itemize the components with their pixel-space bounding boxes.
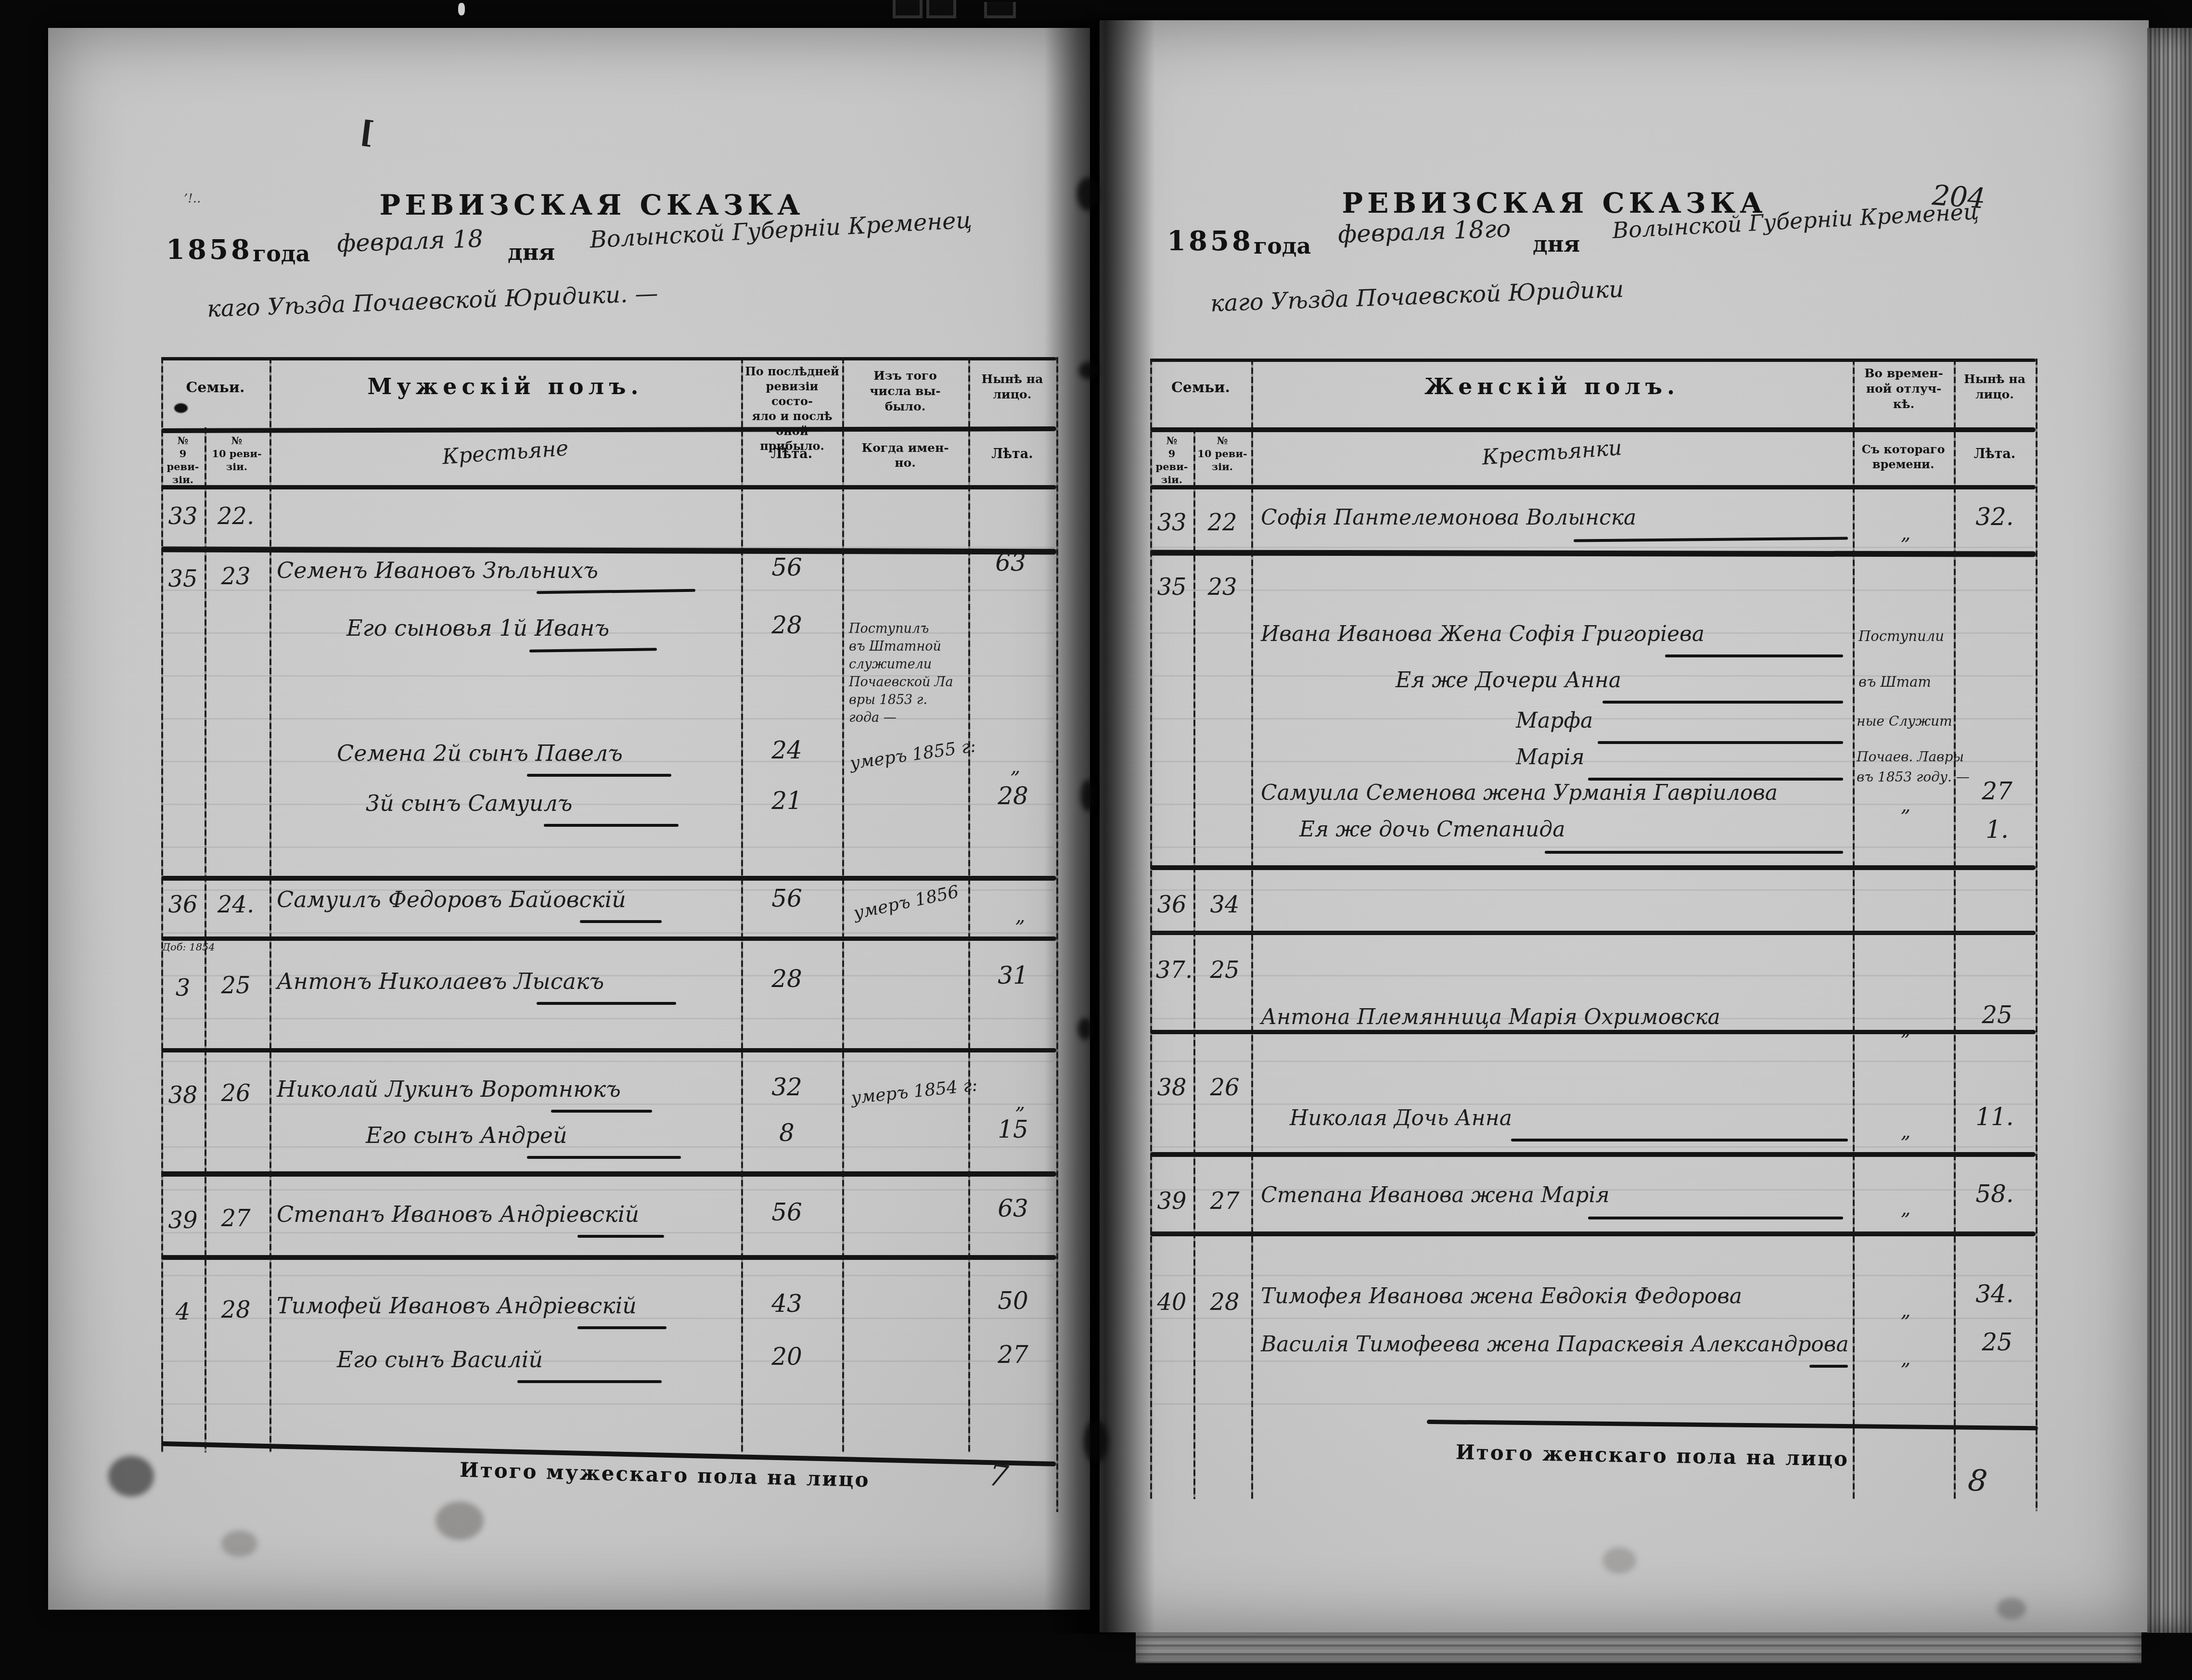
header-rev10: № 10 реви- зіи. [1194,434,1250,473]
cell-age-now: 28 [979,782,1047,810]
cell-rev10: 27 [209,1205,262,1232]
smudge [1602,1547,1636,1574]
header-rev9: № 9 реви- зіи. [162,434,204,486]
stamp-smudge [436,1501,484,1540]
column-rule [2036,359,2038,1511]
cell-age: 1. [1968,816,2026,844]
cell-age: 34. [1963,1280,2026,1308]
cell-age-last: 56 [756,553,818,581]
header-years: Лѣта. [741,447,842,462]
ink-underline [1511,1139,1848,1141]
ink-underline [580,920,662,923]
header-now: Нынѣ на лицо. [970,372,1054,402]
header-when: Когда имен- но. [843,440,967,470]
cell-rev10: 22 [1198,509,1246,536]
cell-age: 25 [1966,1001,2028,1029]
cell-rev9: 36 [164,891,202,918]
book-gutter-shadow [1044,19,1155,1634]
cell-rev10: 25 [209,972,262,999]
ink-underline [1809,1365,1848,1368]
header-last-revision: По послѣдней ревизіи состо- яло и послѣ … [745,364,839,453]
cell-age: 25 [1966,1328,2028,1356]
left-date-year-word: года [253,241,310,267]
cell-name: Степанъ Ивановъ Андріевскій [277,1201,639,1227]
ink-blot [174,403,188,413]
header-rev10: № 10 реви- зіи. [205,434,268,473]
cell-name: Ивана Иванова Жена Софія Григоріева [1261,622,1705,646]
header-absence: Во времен- ной отлуч- кѣ. [1856,366,1952,412]
header-female: Женскій полъ. [1251,373,1853,399]
cell-rev10: 22. [209,503,262,530]
ink-underline [577,1326,667,1329]
cell-rev9: 36 [1153,891,1191,918]
cell-rev9: 35 [164,565,202,592]
ink-underline [537,1002,676,1005]
header-family: Семьи. [161,379,269,396]
ink-smudge [108,1456,154,1497]
cell-name: 3й сынъ Самуилъ [366,790,572,816]
cell-age-last: 56 [756,885,818,912]
cell-age-last: 21 [756,787,818,815]
cell-age-now: „ [1006,1091,1035,1114]
ink-underline [1545,851,1843,854]
left-page-title: РЕВИЗСКАЯ СКАЗКА [337,189,847,221]
cell-name: Ея же Дочери Анна [1396,668,1621,693]
top-clip-mark [984,2,1016,18]
cell-name: Семенъ Ивановъ Зѣльнихъ [277,557,598,583]
cell-age-now: 27 [982,1341,1044,1369]
cell-absence: въ Штат [1859,674,1931,690]
cell-rev9: 35 [1153,574,1191,601]
cell-absence: „ [1891,1018,1920,1040]
cell-absence: „ [1891,1197,1920,1219]
cell-rev9: 33 [164,503,202,530]
ink-underline [527,774,671,777]
cell-age: 11. [1963,1103,2026,1131]
column-rule [1150,359,1152,1499]
ink-underline [1665,654,1843,657]
cell-name: Марфа [1516,708,1593,733]
cell-absence: Почаев. Лавры въ 1853 году. — [1857,747,1970,787]
table-rule [1150,427,2036,432]
cell-age-now: 63 [979,1194,1047,1222]
smudge [1997,1598,2026,1619]
book-fore-edge [2147,28,2192,1633]
cell-absence: „ [1891,1120,1920,1142]
cell-age-last: 8 [760,1119,813,1147]
right-date-year: 1858 [1167,225,1254,257]
left-date-year: 1858 [166,234,253,266]
smudge [221,1530,257,1557]
cell-age-now: 31 [979,962,1047,989]
ink-underline [544,824,679,827]
table-rule [161,485,1056,489]
ink-underline [1602,701,1843,704]
cell-name: Его сынъ Андрей [366,1122,567,1148]
cell-name: Степана Иванова жена Марія [1261,1183,1610,1207]
top-clip-mark [893,0,923,18]
cell-age-now: „ [1001,756,1030,778]
header-since: Съ котораго времени. [1854,442,1953,472]
cell-rev9: 40 [1153,1289,1191,1316]
book-photo: ’!.. [ РЕВИЗСКАЯ СКАЗКА 1858 года феврал… [0,0,2192,1680]
ink-underline [527,1156,681,1159]
cell-age-last: 24 [756,736,818,764]
cell-age-now: 50 [979,1287,1047,1315]
cell-name: Ея же дочь Степанида [1299,817,1565,842]
cell-when-note: Поступилъ въ Штатной служители Почаевско… [849,620,969,727]
cell-rev10: 26 [1201,1074,1249,1101]
cell-name: Василія Тимофеева жена Параскевія Алекса… [1261,1332,1849,1357]
cell-rev10: 23 [209,563,262,590]
cell-age-last: 43 [756,1290,818,1318]
cell-name: Семена 2й сынъ Павелъ [337,740,623,766]
cell-name: Самуилъ Федоровъ Байовскій [277,886,626,912]
cell-age-now: 63 [977,549,1044,577]
added-note: Доб: 1854 [162,941,215,953]
header-rev9: № 9 реви- зіи. [1151,434,1192,486]
cell-rev10: 27 [1201,1188,1249,1215]
table-rule [1150,485,2036,489]
cell-age-last: 32 [756,1073,818,1101]
cell-absence: „ [1891,522,1920,544]
header-years2: Лѣта. [968,447,1056,462]
cell-name: Софія Пантелемонова Волынска [1261,505,1636,530]
table-border [1150,359,2036,362]
left-date-day-word: дня [508,239,555,265]
header-years: Лѣта. [1956,447,2034,462]
gutter-blob [1078,1018,1092,1040]
top-clip-mark [926,0,956,18]
cell-rev10: 26 [209,1080,262,1107]
cell-name: Марія [1516,745,1585,769]
cell-rev10: 23 [1198,574,1246,601]
ink-underline [1588,1217,1843,1219]
cell-name: Тимофей Ивановъ Андріевскій [277,1293,637,1319]
cell-absence: „ [1891,1299,1920,1321]
column-rule [1056,357,1058,1512]
cell-rev9: 3 [164,975,202,1001]
cell-age-last: 28 [756,965,818,993]
right-footer-total: 8 [1966,1462,1989,1499]
cell-name: Николай Лукинъ Воротнюкъ [277,1076,621,1102]
cell-age-now: 15 [982,1116,1044,1143]
column-rule [161,357,163,1452]
cell-rev9: 4 [166,1298,200,1325]
cell-name: Антонъ Николаевъ Лысакъ [277,968,604,994]
bottom-page-stack [1136,1632,2141,1663]
cell-rev10: 34 [1201,891,1249,918]
cell-rev10: 28 [1201,1289,1249,1316]
cell-rev9: 37. [1153,957,1196,984]
cell-age-last: 20 [756,1343,818,1371]
cell-age-last: 56 [756,1198,818,1226]
cell-age-now: „ [1006,905,1035,927]
cell-rev9: 38 [1153,1074,1191,1101]
cell-rev10: 24. [209,891,262,918]
cell-rev10: 28 [209,1296,262,1323]
cell-absence: ные Служит. [1857,713,1957,729]
cell-age: 58. [1963,1180,2026,1208]
gutter-blob [1077,177,1099,211]
left-date-month-day: февраля 18 [336,225,484,258]
gutter-blob [1084,1420,1108,1463]
ink-underline [517,1380,662,1383]
cell-name: Его сыновья 1й Иванъ [346,615,609,641]
cell-rev9: 39 [164,1207,202,1234]
cell-absence: „ [1891,1347,1920,1370]
margin-scribble: ’!.. [184,192,201,206]
cell-name: Его сынъ Василій [337,1347,543,1372]
cell-age-last: 28 [756,611,818,639]
cell-age: 27 [1966,777,2028,805]
right-date-day-word: дня [1533,231,1580,257]
cell-absence: Поступили [1859,628,1944,644]
cell-age: 32. [1963,503,2026,531]
cell-rev9: 39 [1153,1188,1191,1215]
gutter-blob [1081,780,1095,811]
right-date-year-word: года [1254,233,1311,259]
cell-name: Николая Дочь Анна [1290,1106,1512,1130]
header-family: Семьи. [1151,379,1250,396]
ink-underline [551,1110,652,1113]
cell-name: Самуила Семенова жена Урманія Гавріилова [1261,781,1778,805]
cell-name: Тимофея Иванова жена Евдокія Федорова [1261,1284,1742,1308]
cell-name: Антона Племянница Марія Охримовска [1261,1005,1720,1029]
cell-rev10: 25 [1201,957,1249,984]
gutter-blob [1079,362,1098,379]
header-departed: Изъ того числа вы- было. [845,368,965,414]
header-now: Нынѣ на лицо. [1956,372,2034,402]
cell-rev9: 38 [164,1082,202,1109]
top-white-speck [458,3,465,15]
table-border [161,357,1056,360]
ink-underline [1598,741,1843,744]
header-male: Мужескій полъ. [269,373,741,399]
cell-absence: „ [1891,794,1920,816]
cell-rev9: 33 [1153,509,1191,536]
ink-underline [577,1235,664,1238]
